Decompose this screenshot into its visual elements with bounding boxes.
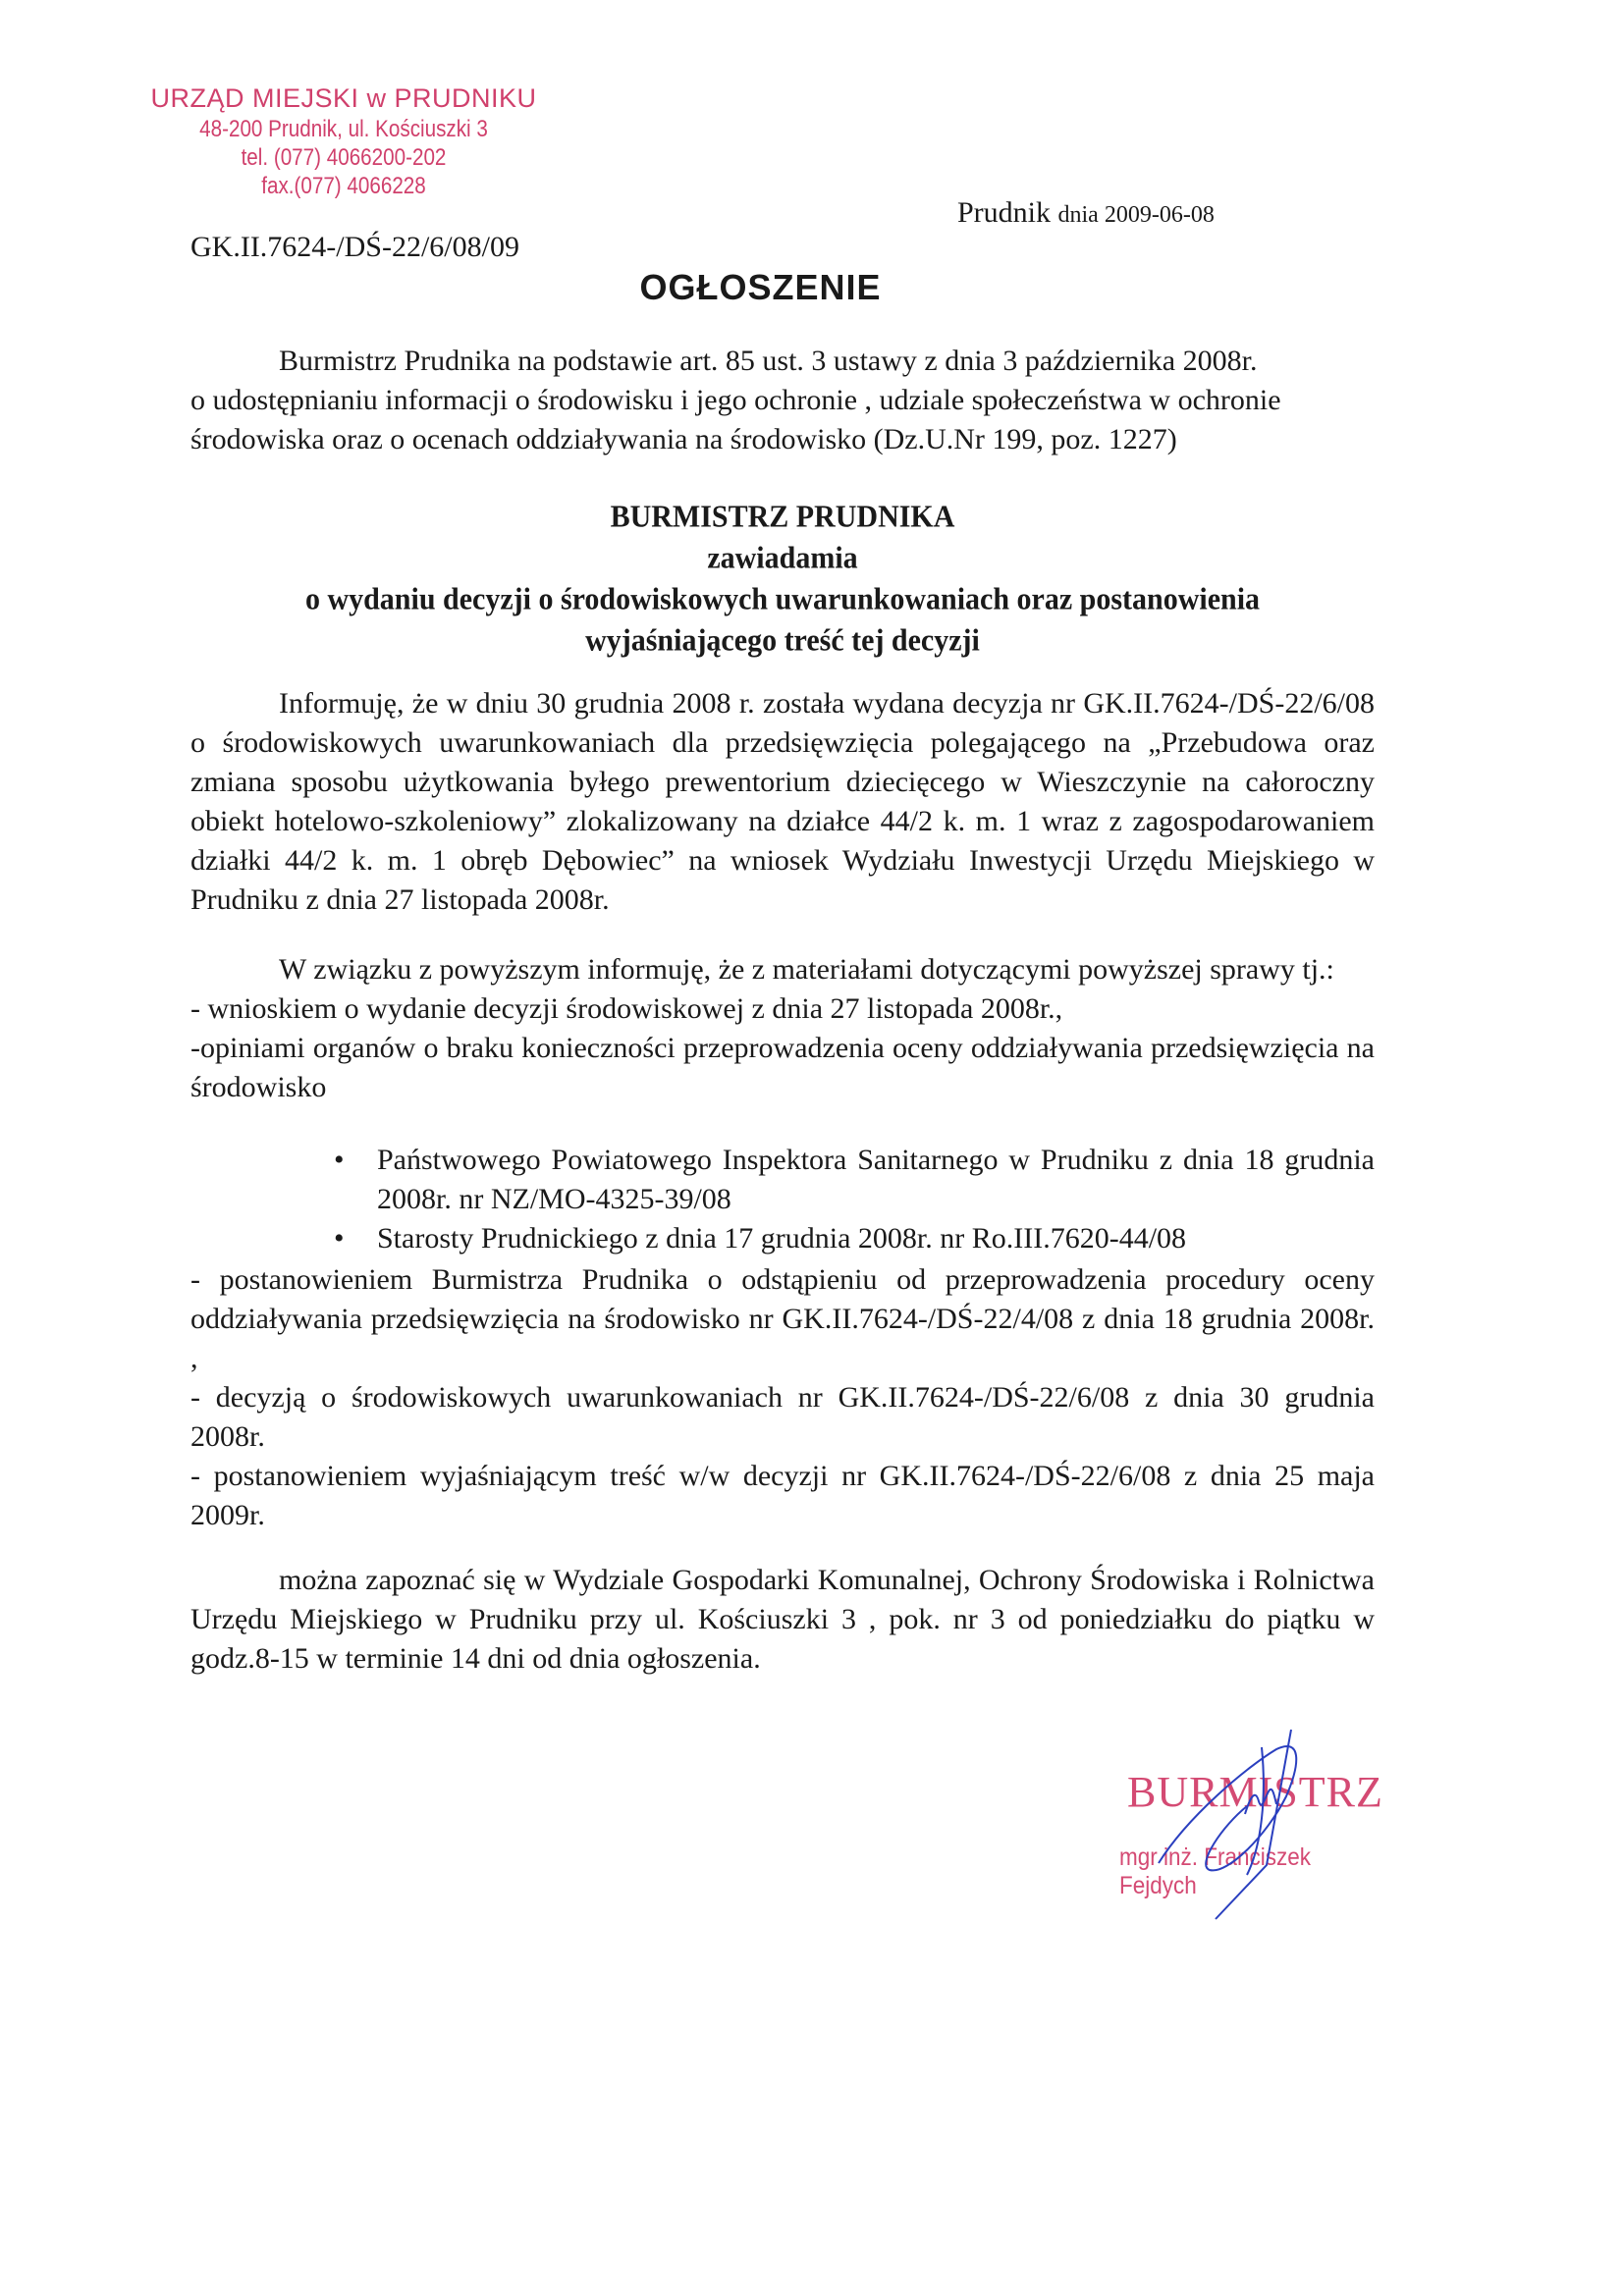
decision-info-text: Informuję, że w dniu 30 grudnia 2008 r. … [190,687,1375,916]
heading-authority: BURMISTRZ PRUDNIKA [190,497,1375,538]
intro-line: o udostępnianiu informacji o środowisku … [190,381,1375,420]
office-stamp: URZĄD MIEJSKI w PRUDNIKU 48-200 Prudnik,… [147,82,540,201]
materials-lead: W związku z powyższym informuję, że z ma… [279,953,1334,986]
date-value: dnia 2009-06-08 [1058,202,1215,228]
signature-block: BURMISTRZ mgr inż. Franciszek Fejdych [1100,1708,1424,1934]
heading-subject-cont: wyjaśniającego treść tej decyzji [190,620,1375,662]
decision-list-item: - postanowieniem Burmistrza Prudnika o o… [190,1260,1375,1378]
date-city: Prudnik [957,196,1051,229]
materials-paragraph: W związku z powyższym informuję, że z ma… [190,950,1375,1107]
heading-subject: o wydaniu decyzji o środowiskowych uwaru… [190,579,1375,620]
intro-line: Burmistrz Prudnika na podstawie art. 85 … [279,345,1257,377]
stamp-fax: fax.(077) 4066228 [175,172,513,200]
access-info-text: można zapoznać się w Wydziale Gospodarki… [190,1564,1375,1675]
document-date: Prudnik dnia 2009-06-08 [957,196,1215,230]
document-title: OGŁOSZENIE [0,267,1623,308]
heading-verb: zawiadamia [190,538,1375,579]
decision-list-item: - postanowieniem wyjaśniającym treść w/w… [190,1457,1375,1535]
materials-item: - wnioskiem o wydanie decyzji środowisko… [190,989,1375,1029]
reference-number: GK.II.7624-/DŚ-22/6/08/09 [190,231,519,264]
decision-info-paragraph: Informuję, że w dniu 30 grudnia 2008 r. … [190,684,1375,920]
decision-list-item: - decyzją o środowiskowych uwarunkowania… [190,1378,1375,1457]
intro-paragraph: Burmistrz Prudnika na podstawie art. 85 … [190,342,1375,459]
opinion-list-item: Starosty Prudnickiego z dnia 17 grudnia … [334,1219,1375,1258]
stamp-phone: tel. (077) 4066200-202 [175,143,513,172]
stamp-address: 48-200 Prudnik, ul. Kościuszki 3 [175,115,513,143]
access-info-paragraph: można zapoznać się w Wydziale Gospodarki… [190,1561,1375,1679]
handwritten-signature-icon [1100,1708,1424,1934]
title-text: OGŁOSZENIE [639,267,881,307]
opinion-list-item: Państwowego Powiatowego Inspektora Sanit… [334,1141,1375,1219]
announcement-heading: BURMISTRZ PRUDNIKA zawiadamia o wydaniu … [190,497,1375,662]
opinions-list: Państwowego Powiatowego Inspektora Sanit… [334,1141,1375,1258]
decisions-list: - postanowieniem Burmistrza Prudnika o o… [190,1260,1375,1535]
materials-item: -opiniami organów o braku konieczności p… [190,1029,1375,1107]
stamp-office-name: URZĄD MIEJSKI w PRUDNIKU [147,82,540,115]
intro-line: środowiska oraz o ocenach oddziaływania … [190,420,1375,459]
